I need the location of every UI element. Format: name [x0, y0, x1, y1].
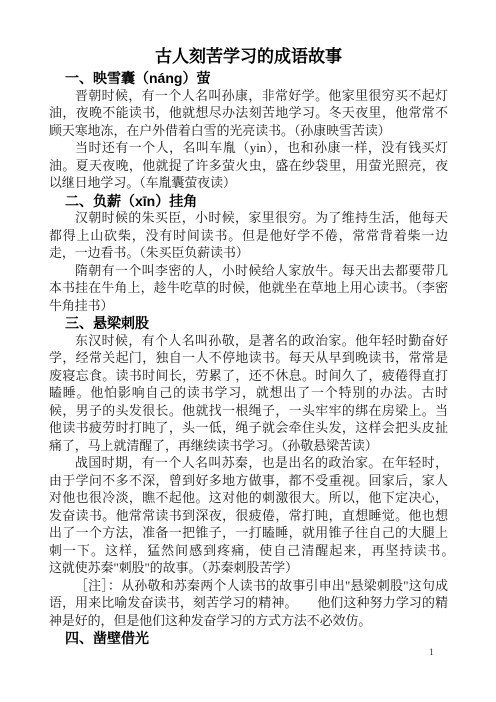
- section-heading-2: 二、负薪（xīn）挂角: [49, 193, 448, 211]
- document-page: 古人刻苦学习的成语故事 一、映雪囊（náng）萤 晋朝时候，有一个人名叫孙康，非…: [0, 0, 496, 702]
- paragraph: 当时还有一个人，名叫车胤（yin），也和孙康一样，没有钱买灯油。夏天夜晚，他就捉…: [49, 140, 448, 193]
- section-heading-1: 一、映雪囊（náng）萤: [49, 70, 448, 88]
- paragraph: 晋朝时候，有一个人名叫孙康，非常好学。他家里很穷买不起灯油，夜晚不能读书，他就想…: [49, 88, 448, 141]
- document-content: 古人刻苦学习的成语故事 一、映雪囊（náng）萤 晋朝时候，有一个人名叫孙康，非…: [49, 46, 448, 648]
- page-title: 古人刻苦学习的成语故事: [49, 46, 448, 67]
- paragraph: 汉朝时候的朱买臣，小时候，家里很穷。为了维持生活，他每天都得上山砍柴，没有时间读…: [49, 210, 448, 263]
- page-number: 1: [429, 646, 434, 658]
- paragraph: 东汉时候，有个人名叫孙敬，是著名的政治家。他年轻时勤奋好学，经常关起门，独自一人…: [49, 333, 448, 456]
- section-heading-4: 四、凿壁借光: [49, 630, 448, 648]
- paragraph-note: ［注］：从孙敬和苏秦两个人读书的故事引申出"悬梁刺股"这句成语，用来比喻发奋读书…: [49, 578, 448, 631]
- paragraph: 隋朝有一个叫李密的人，小时候给人家放牛。每天出去都要带几本书挂在牛角上，趁牛吃草…: [49, 263, 448, 316]
- section-heading-3: 三、悬梁刺股: [49, 315, 448, 333]
- paragraph: 战国时期，有一个人名叫苏秦，也是出名的政治家。在年轻时，由于学问不多不深，曾到好…: [49, 455, 448, 578]
